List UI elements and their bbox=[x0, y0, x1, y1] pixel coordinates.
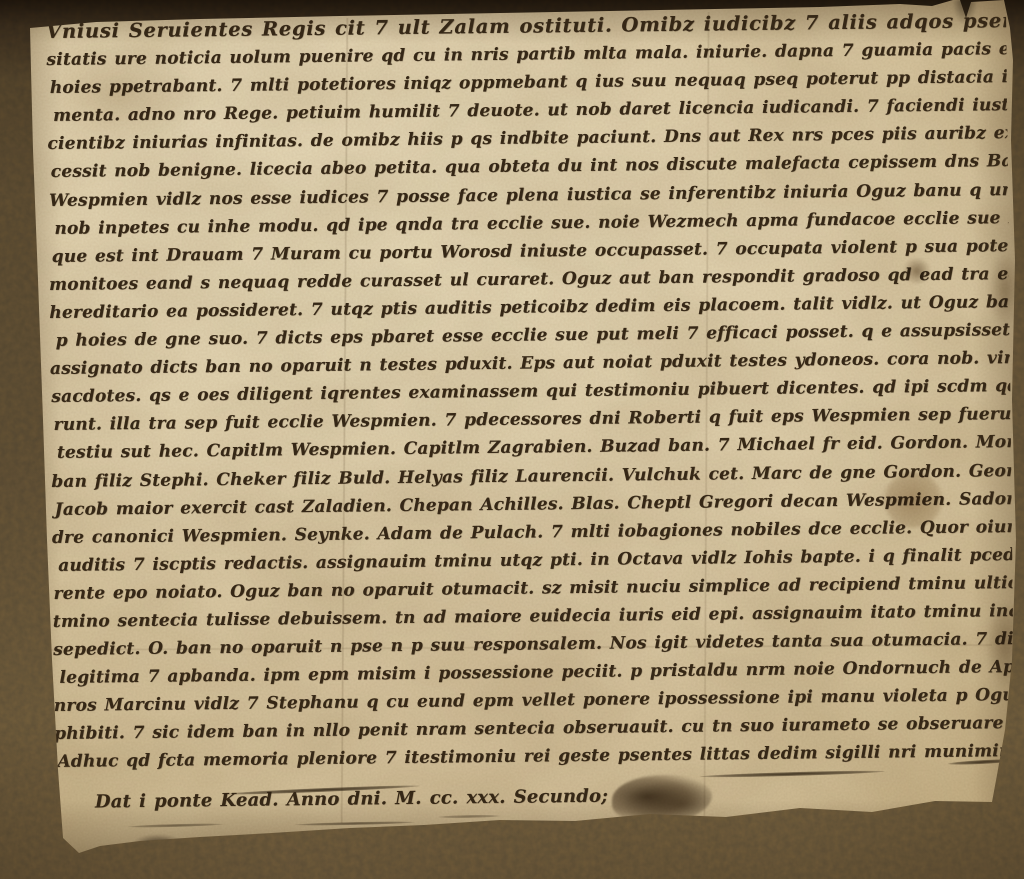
parchment-charter: Vniusi Seruientes Regis cit 7 ult Zalam … bbox=[0, 0, 1024, 879]
manuscript-text: Vniusi Seruientes Regis cit 7 ult Zalam … bbox=[46, 7, 1015, 816]
photograph-of-charter: Vniusi Seruientes Regis cit 7 ult Zalam … bbox=[0, 0, 1024, 879]
